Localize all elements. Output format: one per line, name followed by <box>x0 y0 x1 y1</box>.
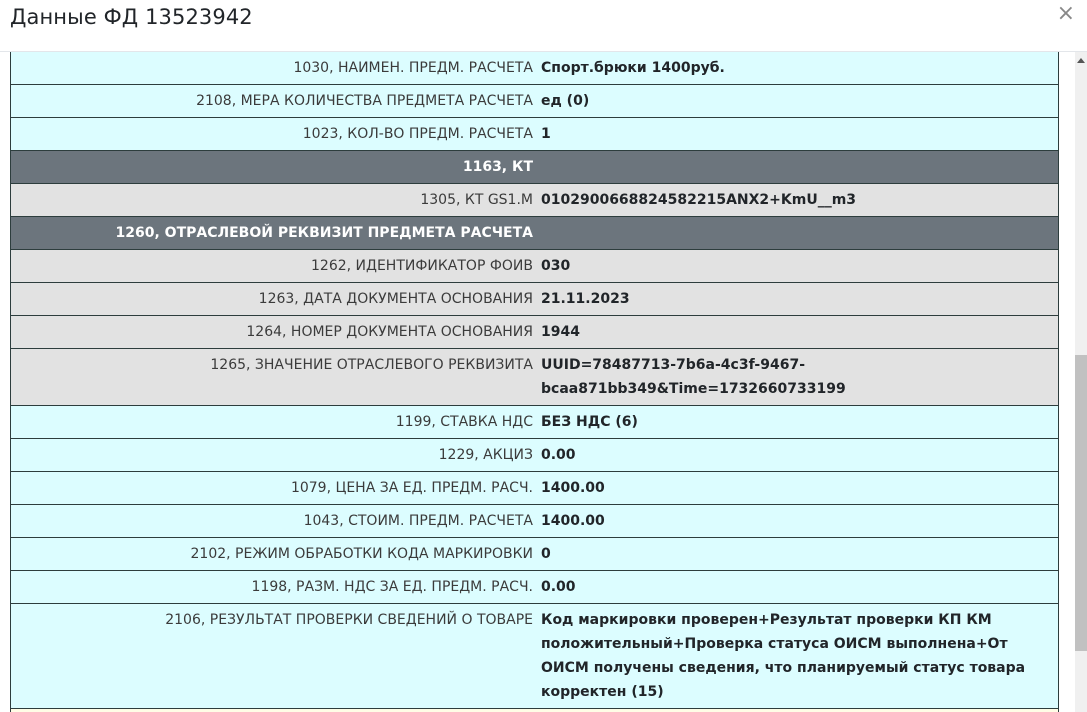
scroll-up-arrow-icon[interactable] <box>1077 58 1085 63</box>
next-row-cell <box>541 709 1059 712</box>
table-row: 1199, СТАВКА НДСБЕЗ НДС (6) <box>11 406 1059 439</box>
field-value: 0.00 <box>541 439 1059 472</box>
next-row-partial <box>11 709 1059 712</box>
modal-body: 1030, НАИМЕН. ПРЕДМ. РАСЧЕТАСпорт.брюки … <box>0 52 1087 712</box>
section-header-row: 1260, ОТРАСЛЕВОЙ РЕКВИЗИТ ПРЕДМЕТА РАСЧЕ… <box>11 217 1059 250</box>
field-label: 1199, СТАВКА НДС <box>11 406 542 439</box>
field-label: 1265, ЗНАЧЕНИЕ ОТРАСЛЕВОГО РЕКВИЗИТА <box>11 349 542 406</box>
modal-header: Данные ФД 13523942 × <box>0 0 1087 52</box>
field-value: 1944 <box>541 316 1059 349</box>
field-value: 1400.00 <box>541 505 1059 538</box>
section-header-label: 1260, ОТРАСЛЕВОЙ РЕКВИЗИТ ПРЕДМЕТА РАСЧЕ… <box>11 217 542 250</box>
section-header-spacer <box>541 151 1059 184</box>
field-value: 0 <box>541 538 1059 571</box>
field-label: 2108, МЕРА КОЛИЧЕСТВА ПРЕДМЕТА РАСЧЕТА <box>11 85 542 118</box>
section-header-spacer <box>541 217 1059 250</box>
field-label: 1229, АКЦИЗ <box>11 439 542 472</box>
table-row: 1229, АКЦИЗ0.00 <box>11 439 1059 472</box>
table-row: 1023, КОЛ-ВО ПРЕДМ. РАСЧЕТА1 <box>11 118 1059 151</box>
field-value: 1 <box>541 118 1059 151</box>
fd-details-table: 1030, НАИМЕН. ПРЕДМ. РАСЧЕТАСпорт.брюки … <box>10 52 1059 712</box>
field-value: 030 <box>541 250 1059 283</box>
field-value: Код маркировки проверен+Результат провер… <box>541 604 1059 709</box>
next-row-cell <box>11 709 542 712</box>
field-value: Спорт.брюки 1400руб. <box>541 52 1059 85</box>
table-row: 1264, НОМЕР ДОКУМЕНТА ОСНОВАНИЯ1944 <box>11 316 1059 349</box>
field-label: 1079, ЦЕНА ЗА ЕД. ПРЕДМ. РАСЧ. <box>11 472 542 505</box>
table-row: 1305, КТ GS1.M0102900668824582215ANX2+Km… <box>11 184 1059 217</box>
table-row: 1079, ЦЕНА ЗА ЕД. ПРЕДМ. РАСЧ.1400.00 <box>11 472 1059 505</box>
section-header-row: 1163, КТ <box>11 151 1059 184</box>
table-row: 1030, НАИМЕН. ПРЕДМ. РАСЧЕТАСпорт.брюки … <box>11 52 1059 85</box>
field-label: 1262, ИДЕНТИФИКАТОР ФОИВ <box>11 250 542 283</box>
field-value: 21.11.2023 <box>541 283 1059 316</box>
table-row: 2102, РЕЖИМ ОБРАБОТКИ КОДА МАРКИРОВКИ0 <box>11 538 1059 571</box>
scroll-thumb[interactable] <box>1075 355 1087 651</box>
field-label: 1030, НАИМЕН. ПРЕДМ. РАСЧЕТА <box>11 52 542 85</box>
field-value: UUID=78487713-7b6a-4c3f-9467-bcaa871bb34… <box>541 349 1059 406</box>
field-label: 1043, СТОИМ. ПРЕДМ. РАСЧЕТА <box>11 505 542 538</box>
table-row: 1043, СТОИМ. ПРЕДМ. РАСЧЕТА1400.00 <box>11 505 1059 538</box>
field-label: 1263, ДАТА ДОКУМЕНТА ОСНОВАНИЯ <box>11 283 542 316</box>
field-label: 1023, КОЛ-ВО ПРЕДМ. РАСЧЕТА <box>11 118 542 151</box>
section-header-label: 1163, КТ <box>11 151 542 184</box>
field-label: 1198, РАЗМ. НДС ЗА ЕД. ПРЕДМ. РАСЧ. <box>11 571 542 604</box>
vertical-scrollbar[interactable] <box>1075 52 1087 712</box>
table-row: 2106, РЕЗУЛЬТАТ ПРОВЕРКИ СВЕДЕНИЙ О ТОВА… <box>11 604 1059 709</box>
table-row: 2108, МЕРА КОЛИЧЕСТВА ПРЕДМЕТА РАСЧЕТАед… <box>11 85 1059 118</box>
field-value: 0.00 <box>541 571 1059 604</box>
modal-title: Данные ФД 13523942 <box>10 5 253 29</box>
table-row: 1262, ИДЕНТИФИКАТОР ФОИВ030 <box>11 250 1059 283</box>
field-value: 1400.00 <box>541 472 1059 505</box>
field-value: БЕЗ НДС (6) <box>541 406 1059 439</box>
table-row: 1263, ДАТА ДОКУМЕНТА ОСНОВАНИЯ21.11.2023 <box>11 283 1059 316</box>
field-label: 2106, РЕЗУЛЬТАТ ПРОВЕРКИ СВЕДЕНИЙ О ТОВА… <box>11 604 542 709</box>
field-value: ед (0) <box>541 85 1059 118</box>
close-icon[interactable]: × <box>1057 3 1075 25</box>
table-row: 1198, РАЗМ. НДС ЗА ЕД. ПРЕДМ. РАСЧ.0.00 <box>11 571 1059 604</box>
field-label: 1305, КТ GS1.M <box>11 184 542 217</box>
field-label: 2102, РЕЖИМ ОБРАБОТКИ КОДА МАРКИРОВКИ <box>11 538 542 571</box>
table-row: 1265, ЗНАЧЕНИЕ ОТРАСЛЕВОГО РЕКВИЗИТАUUID… <box>11 349 1059 406</box>
field-value: 0102900668824582215ANX2+KmU__m3 <box>541 184 1059 217</box>
field-label: 1264, НОМЕР ДОКУМЕНТА ОСНОВАНИЯ <box>11 316 542 349</box>
